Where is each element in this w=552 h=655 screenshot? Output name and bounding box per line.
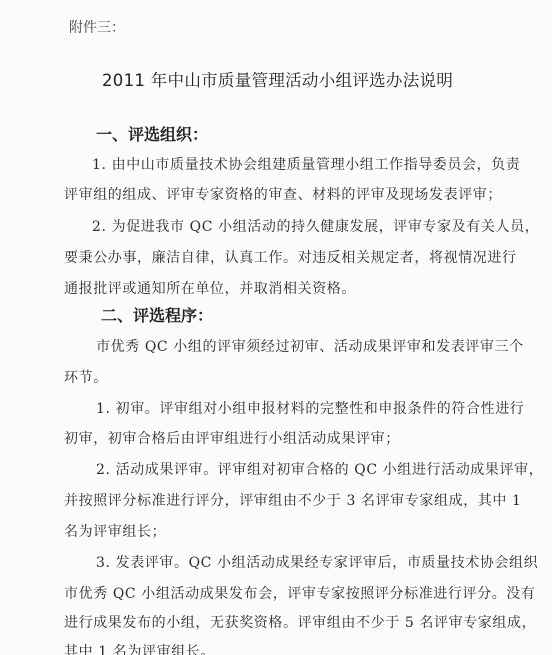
- paragraph-line: 初审，初审合格后由评审组进行小组活动成果评审；: [64, 430, 400, 448]
- document-title: 2011 年中山市质量管理活动小组评选办法说明: [102, 72, 453, 90]
- paragraph-line: 市优秀 QC 小组的评审须经过初审、活动成果评审和发表评审三个: [96, 338, 524, 356]
- paragraph-line: 2. 活动成果评审。评审组对初审合格的 QC 小组进行活动成果评审，: [96, 461, 543, 479]
- paragraph-line: 评审组的组成、评审专家资格的审查、材料的评审及现场发表评审；: [64, 186, 502, 204]
- paragraph-line: 并按照评分标准进行评分，评审组由不少于 3 名评审专家组成，其中 1: [64, 492, 522, 510]
- paragraph-line: 市优秀 QC 小组活动成果发布会，评审专家按照评分标准进行评分。没有: [64, 585, 536, 603]
- paragraph-line: 3. 发表评审。QC 小组活动成果经专家评审后，市质量技术协会组织: [96, 554, 538, 572]
- paragraph-line: 要秉公办事，廉洁自律，认真工作。对违反相关规定者，将视情况进行: [64, 249, 517, 267]
- paragraph-line: 名为评审组长；: [64, 523, 166, 541]
- section-heading-procedure: 二、评选程序：: [101, 307, 213, 325]
- section-heading-organization: 一、评选组织：: [96, 126, 208, 144]
- paragraph-line: 通报批评或通知所在单位，并取消相关资格。: [64, 280, 356, 298]
- paragraph-line: 环节。: [64, 369, 108, 387]
- attachment-label: 附件三：: [69, 19, 125, 37]
- paragraph-line: 1. 由中山市质量技术协会组建质量管理小组工作指导委员会，负责: [92, 156, 520, 174]
- paragraph-line: 2. 为促进我市 QC 小组活动的持久健康发展，评审专家及有关人员，: [92, 218, 539, 236]
- paragraph-line: 其中 1 名为评审组长。: [64, 643, 215, 655]
- paragraph-line: 1. 初审。评审组对小组申报材料的完整性和申报条件的符合性进行: [96, 400, 524, 418]
- paragraph-line: 进行成果发布的小组，无获奖资格。评审组由不少于 5 名评审专家组成，: [64, 614, 536, 632]
